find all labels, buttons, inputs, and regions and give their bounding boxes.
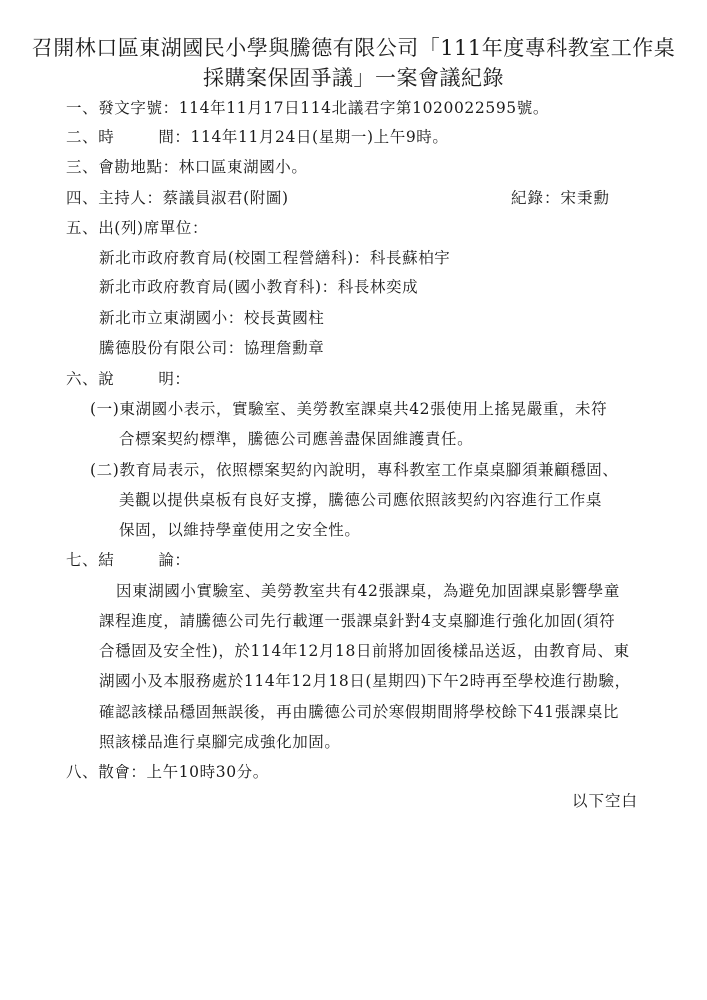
attendee: 新北市政府教育局(國小教育科)：科長林奕成 (99, 276, 418, 298)
item-label-a: 結 (98, 551, 114, 569)
end-note: 以下空白 (572, 790, 638, 812)
item-host: 四、主持人：蔡議員淑君(附圖) (66, 187, 289, 209)
conclusion-line: 湖國小及本服務處於114年12月18日(星期四)下午2時再至學校進行勘驗， (99, 670, 631, 692)
item-value: ：114年11月24日(星期一)上午9時。 (174, 128, 448, 146)
explanation-marker: (二) (90, 461, 119, 479)
explanation-line: 保固，以維持學童使用之安全性。 (119, 519, 361, 541)
conclusion-line: 因東湖國小實驗室、美勞教室共有42張課桌，為避免加固課桌影響學童 (116, 580, 620, 602)
explanation-line: 教育局表示，依照標案契約內說明，專科教室工作桌桌腳須兼顧穩固、 (119, 461, 618, 479)
attendee: 新北市立東湖國小：校長黃國柱 (99, 307, 324, 329)
document-title-line-1: 召開林口區東湖國民小學與騰德有限公司「111年度專科教室工作桌 (0, 33, 707, 63)
item-label: 發文字號 (98, 99, 162, 117)
attendee: 新北市政府教育局(校園工程營繕科)：科長蘇柏宇 (99, 247, 450, 269)
item-label: 會勘地點 (98, 158, 162, 176)
item-time: 二、時間：114年11月24日(星期一)上午9時。 (66, 126, 449, 148)
document-title-line-2: 採購案保固爭議」一案會議紀錄 (0, 63, 707, 93)
item-marker: 八、 (66, 763, 98, 781)
conclusion-line: 照該樣品進行桌腳完成強化加固。 (99, 731, 341, 753)
item-conclusion-heading: 七、結論： (66, 549, 191, 571)
item-value: ： (174, 370, 190, 388)
explanation-line: 美觀以提供桌板有良好支撐，騰德公司應依照該契約內容進行工作桌 (119, 489, 602, 511)
conclusion-line: 確認該樣品穩固無誤後，再由騰德公司於寒假期間將學校餘下41張課桌比 (99, 701, 619, 723)
conclusion-line: 課程進度，請騰德公司先行載運一張課桌針對4支桌腳進行強化加固(須符 (99, 610, 615, 632)
item-label: 散會 (98, 763, 130, 781)
item-label: 主持人 (98, 189, 146, 207)
explanation-paragraph-2: (二)教育局表示，依照標案契約內說明，專科教室工作桌桌腳須兼顧穩固、 (90, 459, 619, 481)
item-label-a: 時 (98, 128, 114, 146)
item-value: ：蔡議員淑君(附圖) (147, 189, 289, 207)
item-value: ：上午10時30分。 (130, 763, 268, 781)
explanation-line: 合標案契約標準，騰德公司應善盡保固維護責任。 (119, 428, 473, 450)
item-marker: 一、 (66, 99, 98, 117)
item-label-b: 論 (158, 551, 174, 569)
item-marker: 五、 (66, 219, 98, 237)
item-label: 出(列)席單位 (98, 219, 192, 237)
item-value: ： (174, 551, 190, 569)
item-marker: 四、 (66, 189, 98, 207)
item-attendees-heading: 五、出(列)席單位： (66, 217, 208, 239)
item-location: 三、會勘地點：林口區東湖國小。 (66, 156, 308, 178)
item-label-a: 說 (98, 370, 114, 388)
item-marker: 二、 (66, 128, 98, 146)
item-label-b: 間 (158, 128, 174, 146)
item-adjourn: 八、散會：上午10時30分。 (66, 761, 269, 783)
item-marker: 七、 (66, 551, 98, 569)
explanation-line: 東湖國小表示，實驗室、美勞教室課桌共42張使用上搖晃嚴重，未符 (119, 400, 607, 418)
explanation-marker: (一) (90, 400, 119, 418)
item-explanation-heading: 六、說明： (66, 368, 191, 390)
item-value: ：林口區東湖國小。 (163, 158, 308, 176)
item-value: ： (192, 219, 208, 237)
item-marker: 三、 (66, 158, 98, 176)
item-label-b: 明 (158, 370, 174, 388)
conclusion-line: 合穩固及安全性)，於114年12月18日前將加固後樣品送返，由教育局、東 (99, 640, 630, 662)
item-marker: 六、 (66, 370, 98, 388)
item-value: ：114年11月17日114北議君字第1020022595號。 (163, 99, 549, 117)
attendee: 騰德股份有限公司：協理詹勳章 (99, 337, 324, 359)
recorder: 紀錄：宋秉勳 (511, 187, 610, 209)
explanation-paragraph-1: (一)東湖國小表示，實驗室、美勞教室課桌共42張使用上搖晃嚴重，未符 (90, 398, 607, 420)
item-document-number: 一、發文字號：114年11月17日114北議君字第1020022595號。 (66, 97, 549, 119)
